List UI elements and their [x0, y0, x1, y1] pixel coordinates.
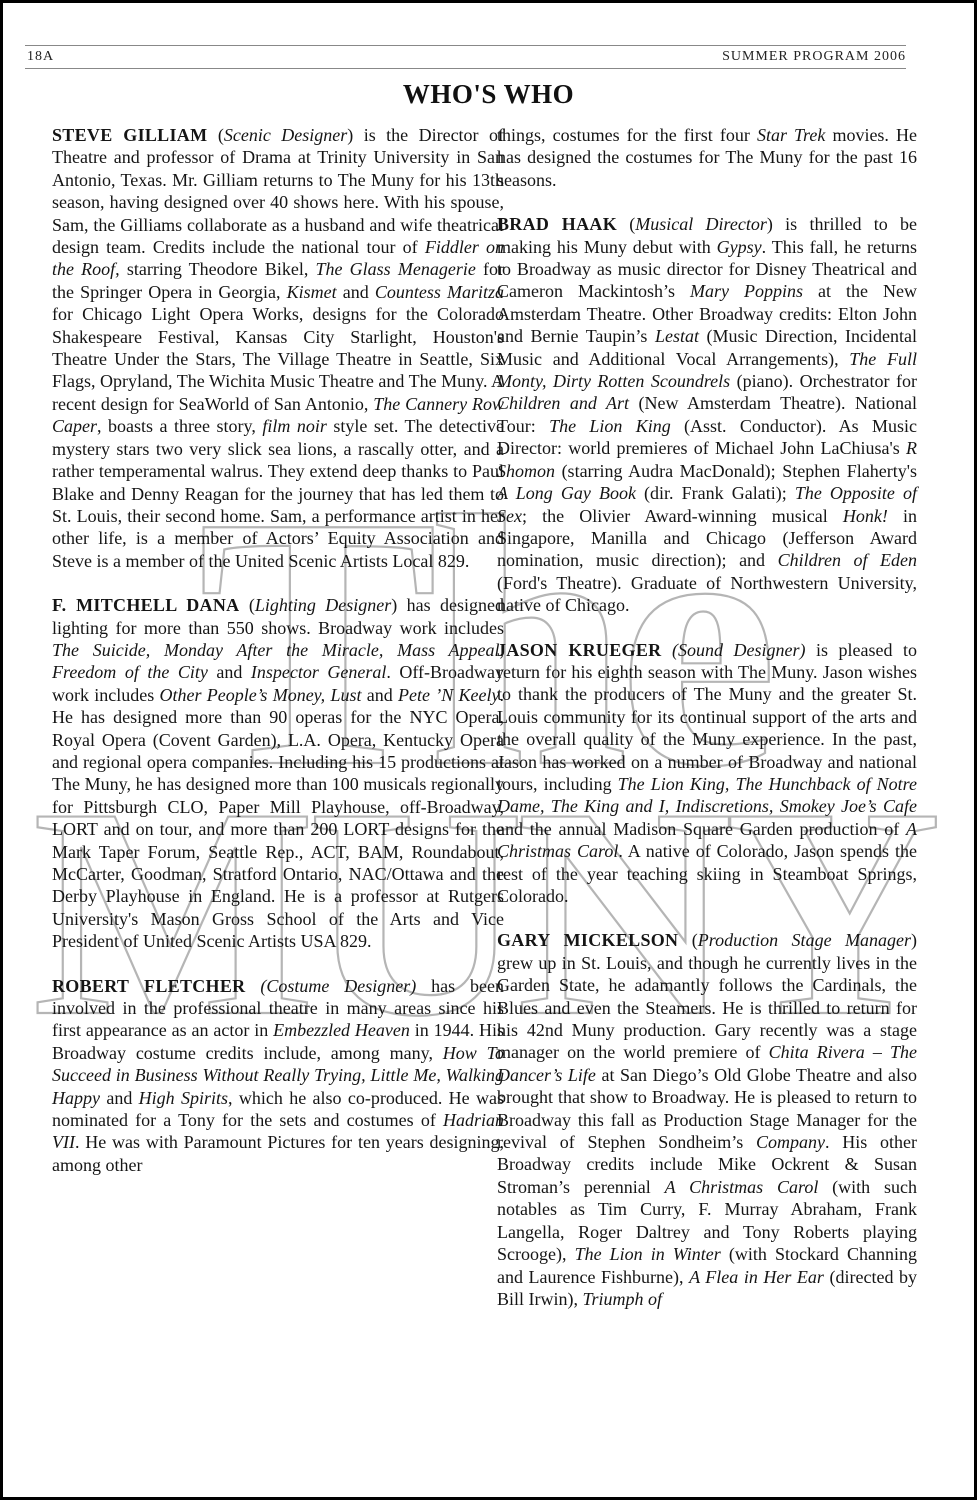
bio-name: STEVE GILLIAM	[52, 125, 207, 145]
bio-entry: ROBERT FLETCHER (Costume Designer) has b…	[52, 975, 504, 1177]
bio-text: and	[361, 685, 398, 705]
bio-entry: things, costumes for the first four Star…	[497, 124, 917, 191]
italic-title: Children of Eden	[778, 550, 917, 570]
right-column: things, costumes for the first four Star…	[497, 124, 917, 1332]
bio-text: (	[239, 595, 254, 615]
bio-entry: STEVE GILLIAM (Scenic Designer) is the D…	[52, 124, 504, 572]
italic-title: A Christmas Carol	[665, 1177, 819, 1197]
italic-title: Triumph of	[583, 1289, 663, 1309]
bio-text: (dir. Frank Galati);	[636, 483, 795, 503]
italic-title: Pete ’N Keely	[398, 685, 499, 705]
bio-text: and	[208, 662, 251, 682]
italic-title: Lighting Designer	[255, 595, 391, 615]
italic-title: Company	[756, 1132, 825, 1152]
bio-entry: JASON KRUEGER (Sound Designer) is please…	[497, 639, 917, 908]
running-header: 18A SUMMER PROGRAM 2006	[25, 45, 906, 69]
italic-title: Other People’s Money, Lust	[160, 685, 362, 705]
italic-title: High Spirits	[139, 1088, 228, 1108]
program-label: SUMMER PROGRAM 2006	[722, 49, 906, 65]
italic-title: Gypsy	[717, 237, 762, 257]
italic-title: A Flea in Her Ear	[689, 1267, 824, 1287]
italic-title: Musical Director	[635, 214, 767, 234]
page-number: 18A	[27, 49, 54, 65]
bio-text: and	[100, 1088, 139, 1108]
bio-entry: GARY MICKELSON (Production Stage Manager…	[497, 929, 917, 1310]
bio-text: (Ford's Theatre). Graduate of Northweste…	[497, 573, 917, 615]
bio-text: (starring Audra MacDonald); Stephen Flah…	[555, 461, 917, 481]
italic-title: Lestat	[655, 326, 699, 346]
italic-title: (Costume Designer)	[260, 976, 416, 996]
page-title: WHO'S WHO	[3, 79, 974, 110]
italic-title: Mary Poppins	[690, 281, 803, 301]
italic-title: The Glass Menagerie	[316, 259, 476, 279]
bio-entry: BRAD HAAK (Musical Director) is thrilled…	[497, 213, 917, 616]
bio-text: and the annual Madison Square Garden pro…	[497, 819, 906, 839]
bio-name: BRAD HAAK	[497, 214, 617, 234]
italic-title: Embezzled Heaven	[273, 1020, 410, 1040]
bio-text: starring Theodore Bikel,	[120, 259, 316, 279]
italic-title: The Lion King	[549, 416, 671, 436]
bio-text: and	[337, 282, 375, 302]
italic-title: (Sound Designer)	[672, 640, 806, 660]
bio-text: things, costumes for the first four	[497, 125, 757, 145]
bio-entry: F. MITCHELL DANA (Lighting Designer) has…	[52, 594, 504, 953]
italic-title: A Long Gay Book	[497, 483, 636, 503]
italic-title: Scenic Designer	[224, 125, 347, 145]
bio-text: (	[678, 930, 697, 950]
italic-title: Kismet	[287, 282, 337, 302]
italic-title: Star Trek	[757, 125, 825, 145]
bio-name: GARY MICKELSON	[497, 930, 678, 950]
italic-title: Production Stage Manager	[698, 930, 911, 950]
bio-name: F. MITCHELL DANA	[52, 595, 239, 615]
italic-title: Children and Art	[497, 393, 629, 413]
bio-text: (	[617, 214, 635, 234]
program-page: The MUNY 18A SUMMER PROGRAM 2006 WHO'S W…	[3, 3, 974, 1497]
italic-title: Countess Maritza	[375, 282, 504, 302]
bio-name: ROBERT FLETCHER	[52, 976, 245, 996]
bio-text	[661, 640, 672, 660]
bio-text	[245, 976, 260, 996]
bio-text: (piano). Orchestrator for	[730, 371, 917, 391]
left-column: STEVE GILLIAM (Scenic Designer) is the D…	[52, 124, 504, 1198]
bio-text: style set. The detective mystery stars t…	[52, 416, 504, 570]
bio-text: . He has designed more than 90 operas fo…	[52, 685, 504, 951]
bio-text: . He was with Paramount Pictures for ten…	[52, 1132, 504, 1174]
bio-name: JASON KRUEGER	[497, 640, 661, 660]
bio-text: ; the Olivier Award-winning musical	[522, 506, 843, 526]
italic-title: Honk!	[843, 506, 888, 526]
italic-title: Inspector General	[251, 662, 386, 682]
bio-text: , boasts a three story,	[97, 416, 262, 436]
italic-title: film noir	[262, 416, 327, 436]
bio-text: is pleased to return for his eighth seas…	[497, 640, 917, 794]
bio-text: (	[207, 125, 223, 145]
italic-title: The Lion in Winter	[575, 1244, 721, 1264]
